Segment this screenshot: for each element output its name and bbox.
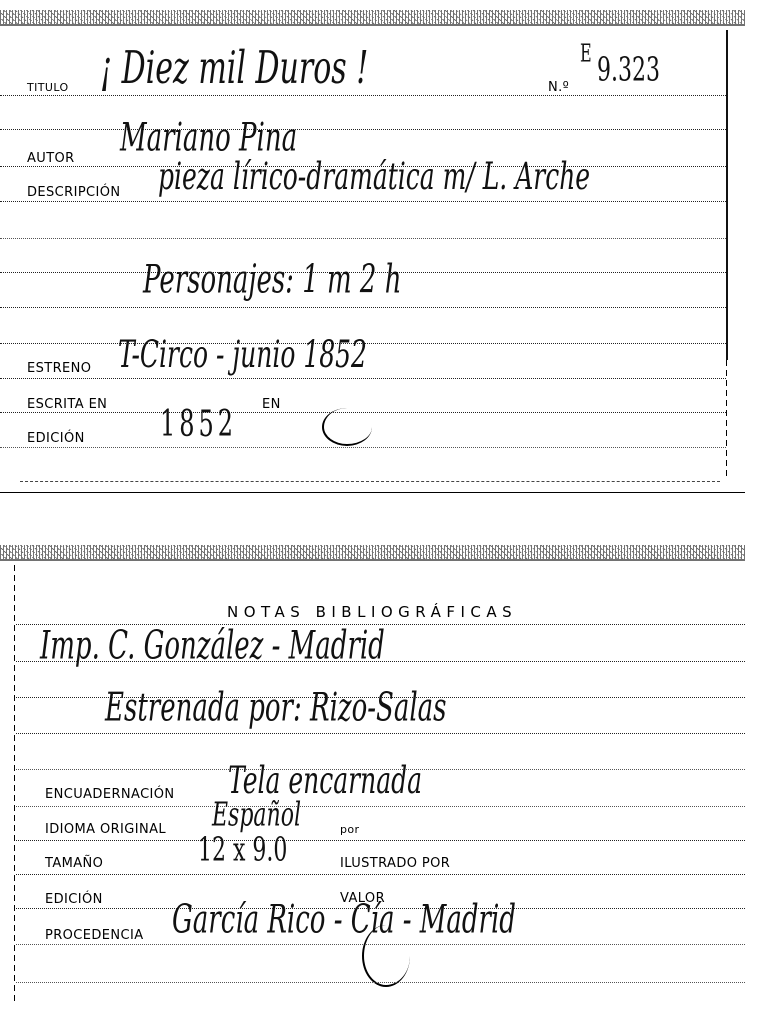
blank-line-bottom [16, 982, 745, 983]
idioma-original-label: IDIOMA ORIGINAL [45, 823, 166, 836]
procedencia-value: García Rico - Cía - Madrid [172, 901, 516, 940]
encuadernacion-value: Tela encarnada [228, 762, 422, 800]
notes-line-4 [16, 733, 745, 734]
procedencia-label: PROCEDENCIA [45, 929, 144, 942]
scan-noise-bottom [0, 545, 745, 559]
ilustrado-por-label: ILUSTRADO POR [340, 857, 450, 870]
idioma-por-label: por [340, 824, 359, 835]
notes-line-2 [16, 661, 745, 662]
idioma-original-line [16, 840, 745, 841]
tamano-line [16, 874, 745, 875]
idioma-original-value: Español [212, 800, 301, 833]
ink-smudge-bottom [362, 925, 410, 987]
tamano-label: TAMAÑO [45, 857, 103, 870]
encuadernacion-line [16, 806, 745, 807]
catalog-card-back: NOTAS BIBLIOGRÁFICAS Imp. C. González - … [0, 0, 759, 1028]
edicion-back-label: EDICIÓN [45, 893, 103, 906]
tamano-value: 12 x 9.0 [198, 835, 287, 868]
notas-heading: NOTAS BIBLIOGRÁFICAS [227, 603, 517, 621]
note-2: Estrenada por: Rizo-Salas [105, 689, 447, 728]
card-left-border [14, 565, 15, 1005]
encuadernacion-label: ENCUADERNACIÓN [45, 788, 175, 801]
